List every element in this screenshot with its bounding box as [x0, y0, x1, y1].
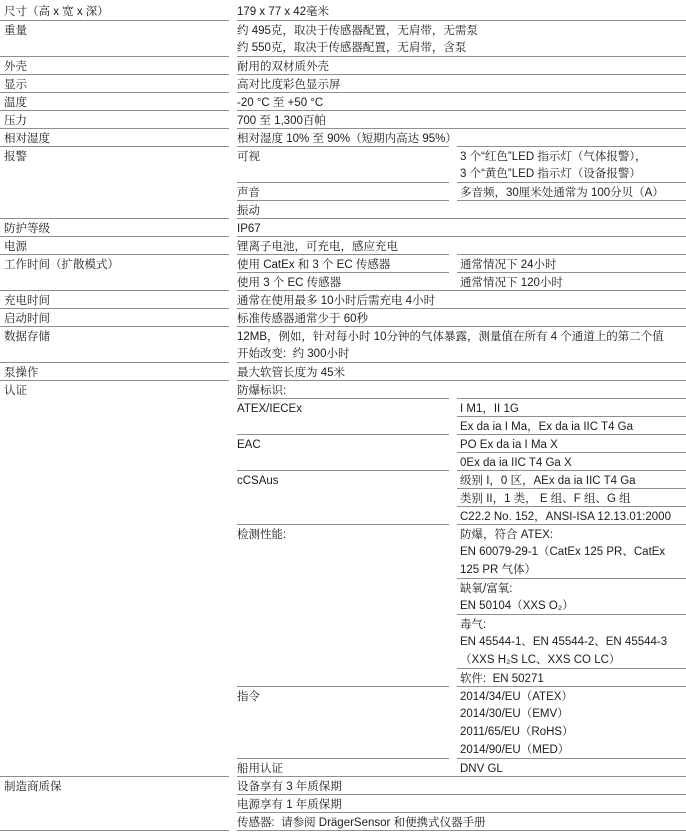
spec-value-cell-span: 700 至 1,300百帕: [237, 110, 686, 128]
spec-label-cell: 尺寸（高 x 宽 x 深）: [0, 2, 229, 20]
spec-label-cell: 数据存储: [0, 326, 229, 344]
table-row: 制造商质保设备享有 3 年质保期: [0, 776, 686, 794]
spec-label-cell: 显示: [0, 74, 229, 92]
spec-detail-cell: DNV GL: [457, 758, 686, 776]
spec-detail-cell: 3 个“红色”LED 指示灯（气体报警），: [457, 146, 686, 164]
spec-label-cell: [0, 38, 229, 56]
spec-label-cell: 充电时间: [0, 290, 229, 308]
spec-label-cell: [0, 488, 229, 506]
spec-value-cell: [237, 164, 449, 182]
spec-label-cell: [0, 542, 229, 560]
spec-detail-cell: C22.2 No. 152，ANSI-ISA 12.13.01:2000: [457, 506, 686, 524]
spec-value-cell: [237, 542, 449, 560]
spec-label-cell: [0, 704, 229, 722]
table-row: 防护等级IP67: [0, 218, 686, 236]
spec-label-cell: [0, 164, 229, 182]
spec-label-cell: [0, 596, 229, 614]
spec-label-cell: [0, 686, 229, 704]
spec-detail-cell: EN 60079-29-1（CatEx 125 PR、CatEx: [457, 542, 686, 560]
spec-value-cell: 使用 CatEx 和 3 个 EC 传感器: [237, 254, 449, 272]
table-row: 启动时间标准传感器通常少于 60秒: [0, 308, 686, 326]
spec-detail-cell: 防爆，符合 ATEX:: [457, 524, 686, 542]
spec-label-cell: [0, 794, 229, 812]
spec-label-cell: [0, 272, 229, 290]
table-row: 约 550克，取决于传感器配置，无肩带，含泵: [0, 38, 686, 56]
table-row: 0Ex da ia IIC T4 Ga X: [0, 452, 686, 470]
spec-value-cell: 振动: [237, 200, 449, 218]
table-row: 类别 II，1 类， E 组、F 组、G 组: [0, 488, 686, 506]
spec-value-cell-span: 防爆标识:: [237, 380, 686, 398]
spec-label-cell: 泵操作: [0, 362, 229, 380]
spec-detail-cell: 软件: EN 50271: [457, 668, 686, 686]
spec-detail-cell: EN 50104（XXS O₂）: [457, 596, 686, 614]
table-row: 使用 3 个 EC 传感器通常情况下 120小时: [0, 272, 686, 290]
table-row: Ex da ia I Ma，Ex da ia IIC T4 Ga: [0, 416, 686, 434]
table-row: 2011/65/EU（RoHS）: [0, 722, 686, 740]
spec-value-cell: [237, 650, 449, 668]
spec-label-cell: 报警: [0, 146, 229, 164]
table-row: 指令2014/34/EU（ATEX）: [0, 686, 686, 704]
table-row: EACPO Ex da ia I Ma X: [0, 434, 686, 452]
spec-value-cell-span: 电源享有 1 年质保期: [237, 794, 686, 812]
table-row: 125 PR 气体）: [0, 560, 686, 578]
spec-value-cell-span: 通常在使用最多 10小时后需充电 4小时: [237, 290, 686, 308]
table-row: 泵操作最大软管长度为 45米: [0, 362, 686, 380]
spec-value-cell: 使用 3 个 EC 传感器: [237, 272, 449, 290]
table-row: 传感器: 请参阅 DrägerSensor 和便携式仪器手册: [0, 812, 686, 830]
spec-value-cell: 可视: [237, 146, 449, 164]
spec-label-cell: 电源: [0, 236, 229, 254]
spec-value-cell: 船用认证: [237, 758, 449, 776]
spec-value-cell-span: 最大软管长度为 45米: [237, 362, 686, 380]
spec-detail-cell: （XXS H₂S LC、XXS CO LC）: [457, 650, 686, 668]
spec-value-cell: [237, 632, 449, 650]
spec-value-cell-span: 锂离子电池，可充电，感应充电: [237, 236, 686, 254]
spec-detail-cell: 2014/34/EU（ATEX）: [457, 686, 686, 704]
spec-detail-cell: I M1，II 1G: [457, 398, 686, 416]
spec-value-cell: [237, 668, 449, 686]
spec-detail-cell: 125 PR 气体）: [457, 560, 686, 578]
spec-value-cell-span: 高对比度彩色显示屏: [237, 74, 686, 92]
table-row: 软件: EN 50271: [0, 668, 686, 686]
spec-value-cell-span: 相对湿度 10% 至 90%（短期内高达 95%）: [237, 128, 686, 146]
table-row: ATEX/IECExI M1，II 1G: [0, 398, 686, 416]
spec-value-cell: [237, 506, 449, 524]
table-row: 检测性能:防爆，符合 ATEX:: [0, 524, 686, 542]
table-row: 船用认证DNV GL: [0, 758, 686, 776]
spec-label-cell: [0, 740, 229, 758]
spec-label-cell: [0, 398, 229, 416]
spec-label-cell: [0, 182, 229, 200]
spec-label-cell: [0, 722, 229, 740]
spec-label-cell: [0, 506, 229, 524]
spec-label-cell: [0, 650, 229, 668]
spec-label-cell: 启动时间: [0, 308, 229, 326]
table-row: 电源享有 1 年质保期: [0, 794, 686, 812]
spec-detail-cell: PO Ex da ia I Ma X: [457, 434, 686, 452]
spec-detail-cell: 2014/30/EU（EMV）: [457, 704, 686, 722]
spec-label-cell: [0, 470, 229, 488]
spec-label-cell: [0, 668, 229, 686]
spec-label-cell: 压力: [0, 110, 229, 128]
spec-value-cell: [237, 488, 449, 506]
spec-value-cell: [237, 740, 449, 758]
table-row: 数据存储12MB，例如，针对每小时 10分钟的气体暴露，测量值在所有 4 个通道…: [0, 326, 686, 344]
table-row: 充电时间通常在使用最多 10小时后需充电 4小时: [0, 290, 686, 308]
spec-label-cell: [0, 524, 229, 542]
spec-detail-cell: 类别 II，1 类， E 组、F 组、G 组: [457, 488, 686, 506]
spec-value-cell-span: 标准传感器通常少于 60秒: [237, 308, 686, 326]
table-row: 尺寸（高 x 宽 x 深）179 x 77 x 42毫米: [0, 2, 686, 20]
spec-detail-cell: 缺氧/富氧:: [457, 578, 686, 596]
spec-value-cell: 声音: [237, 182, 449, 200]
table-row: 声音多音频，30厘米处通常为 100分贝（A）: [0, 182, 686, 200]
spec-value-cell-span: 设备享有 3 年质保期: [237, 776, 686, 794]
spec-label-cell: [0, 560, 229, 578]
spec-detail-cell: 0Ex da ia IIC T4 Ga X: [457, 452, 686, 470]
table-row: （XXS H₂S LC、XXS CO LC）: [0, 650, 686, 668]
spec-value-cell-span: IP67: [237, 218, 686, 236]
spec-label-cell: 外壳: [0, 56, 229, 74]
table-row: 温度-20 °C 至 +50 °C: [0, 92, 686, 110]
spec-value-cell: 指令: [237, 686, 449, 704]
spec-value-cell-span: 耐用的双材质外壳: [237, 56, 686, 74]
spec-label-cell: [0, 434, 229, 452]
table-row: 压力700 至 1,300百帕: [0, 110, 686, 128]
spec-label-cell: 工作时间（扩散模式）: [0, 254, 229, 272]
table-row: 2014/90/EU（MED）: [0, 740, 686, 758]
spec-detail-cell: Ex da ia I Ma，Ex da ia IIC T4 Ga: [457, 416, 686, 434]
spec-label-cell: [0, 578, 229, 596]
spec-label-cell: [0, 614, 229, 632]
table-row: 振动: [0, 200, 686, 218]
spec-value-cell-span: 约 550克，取决于传感器配置，无肩带，含泵: [237, 38, 686, 56]
spec-label-cell: 温度: [0, 92, 229, 110]
spec-value-cell-span: 开始改变: 约 300小时: [237, 344, 686, 362]
table-row: 认证防爆标识:: [0, 380, 686, 398]
spec-label-cell: [0, 200, 229, 218]
spec-value-cell: [237, 722, 449, 740]
spec-value-cell: 检测性能:: [237, 524, 449, 542]
datasheet-page: 尺寸（高 x 宽 x 深）179 x 77 x 42毫米重量约 495克，取决于…: [0, 0, 686, 837]
spec-value-cell-span: -20 °C 至 +50 °C: [237, 92, 686, 110]
table-row: 缺氧/富氧:: [0, 578, 686, 596]
spec-value-cell: [237, 596, 449, 614]
table-row: 3 个“黄色”LED 指示灯（设备报警）: [0, 164, 686, 182]
table-row: 重量约 495克，取决于传感器配置，无肩带，无需泵: [0, 20, 686, 38]
table-row: 毒气:: [0, 614, 686, 632]
spec-label-cell: [0, 758, 229, 776]
spec-detail-cell: 2014/90/EU（MED）: [457, 740, 686, 758]
table-row: 外壳耐用的双材质外壳: [0, 56, 686, 74]
spec-value-cell: [237, 704, 449, 722]
spec-label-cell: 制造商质保: [0, 776, 229, 794]
spec-label-cell: 重量: [0, 20, 229, 38]
spec-detail-cell: EN 45544-1、EN 45544-2、EN 45544-3: [457, 632, 686, 650]
spec-value-cell: cCSAus: [237, 470, 449, 488]
spec-label-cell: 认证: [0, 380, 229, 398]
spec-label-cell: [0, 452, 229, 470]
table-row: EN 45544-1、EN 45544-2、EN 45544-3: [0, 632, 686, 650]
spec-value-cell: [237, 560, 449, 578]
spec-value-cell: [237, 578, 449, 596]
spec-value-cell: [237, 416, 449, 434]
spec-label-cell: [0, 416, 229, 434]
spec-label-cell: [0, 632, 229, 650]
spec-value-cell: EAC: [237, 434, 449, 452]
spec-value-cell-span: 12MB，例如，针对每小时 10分钟的气体暴露，测量值在所有 4 个通道上的第二…: [237, 326, 686, 344]
table-row: 电源锂离子电池，可充电，感应充电: [0, 236, 686, 254]
table-bottom-rule: [0, 830, 686, 832]
spec-label-cell: [0, 830, 229, 832]
spec-detail-cell: 毒气:: [457, 614, 686, 632]
spec-label-cell: [0, 812, 229, 830]
spec-value-cell-span: 约 495克，取决于传感器配置，无肩带，无需泵: [237, 20, 686, 38]
spec-value-cell: [237, 452, 449, 470]
spec-detail-cell: 通常情况下 120小时: [457, 272, 686, 290]
spec-table: 尺寸（高 x 宽 x 深）179 x 77 x 42毫米重量约 495克，取决于…: [0, 2, 686, 832]
table-row: C22.2 No. 152，ANSI-ISA 12.13.01:2000: [0, 506, 686, 524]
spec-value-cell: ATEX/IECEx: [237, 398, 449, 416]
spec-detail-cell: 2011/65/EU（RoHS）: [457, 722, 686, 740]
table-row: cCSAus级别 I，0 区，AEx da ia IIC T4 Ga: [0, 470, 686, 488]
table-row: EN 60079-29-1（CatEx 125 PR、CatEx: [0, 542, 686, 560]
spec-value-cell-span: 179 x 77 x 42毫米: [237, 2, 686, 20]
table-row: 显示高对比度彩色显示屏: [0, 74, 686, 92]
spec-label-cell: [0, 344, 229, 362]
spec-detail-cell: 3 个“黄色”LED 指示灯（设备报警）: [457, 164, 686, 182]
spec-detail-cell: 通常情况下 24小时: [457, 254, 686, 272]
spec-detail-cell: [457, 200, 686, 218]
spec-value-cell-span: 传感器: 请参阅 DrägerSensor 和便携式仪器手册: [237, 812, 686, 830]
table-row: 开始改变: 约 300小时: [0, 344, 686, 362]
spec-detail-cell: 级别 I，0 区，AEx da ia IIC T4 Ga: [457, 470, 686, 488]
spec-label-cell: 相对湿度: [0, 128, 229, 146]
table-row: EN 50104（XXS O₂）: [0, 596, 686, 614]
spec-value-cell: [237, 614, 449, 632]
table-row: 相对湿度相对湿度 10% 至 90%（短期内高达 95%）: [0, 128, 686, 146]
spec-detail-cell: 多音频，30厘米处通常为 100分贝（A）: [457, 182, 686, 200]
spec-value-cell-span: [237, 830, 686, 832]
spec-label-cell: 防护等级: [0, 218, 229, 236]
table-row: 报警可视3 个“红色”LED 指示灯（气体报警），: [0, 146, 686, 164]
table-row: 2014/30/EU（EMV）: [0, 704, 686, 722]
table-row: 工作时间（扩散模式）使用 CatEx 和 3 个 EC 传感器通常情况下 24小…: [0, 254, 686, 272]
